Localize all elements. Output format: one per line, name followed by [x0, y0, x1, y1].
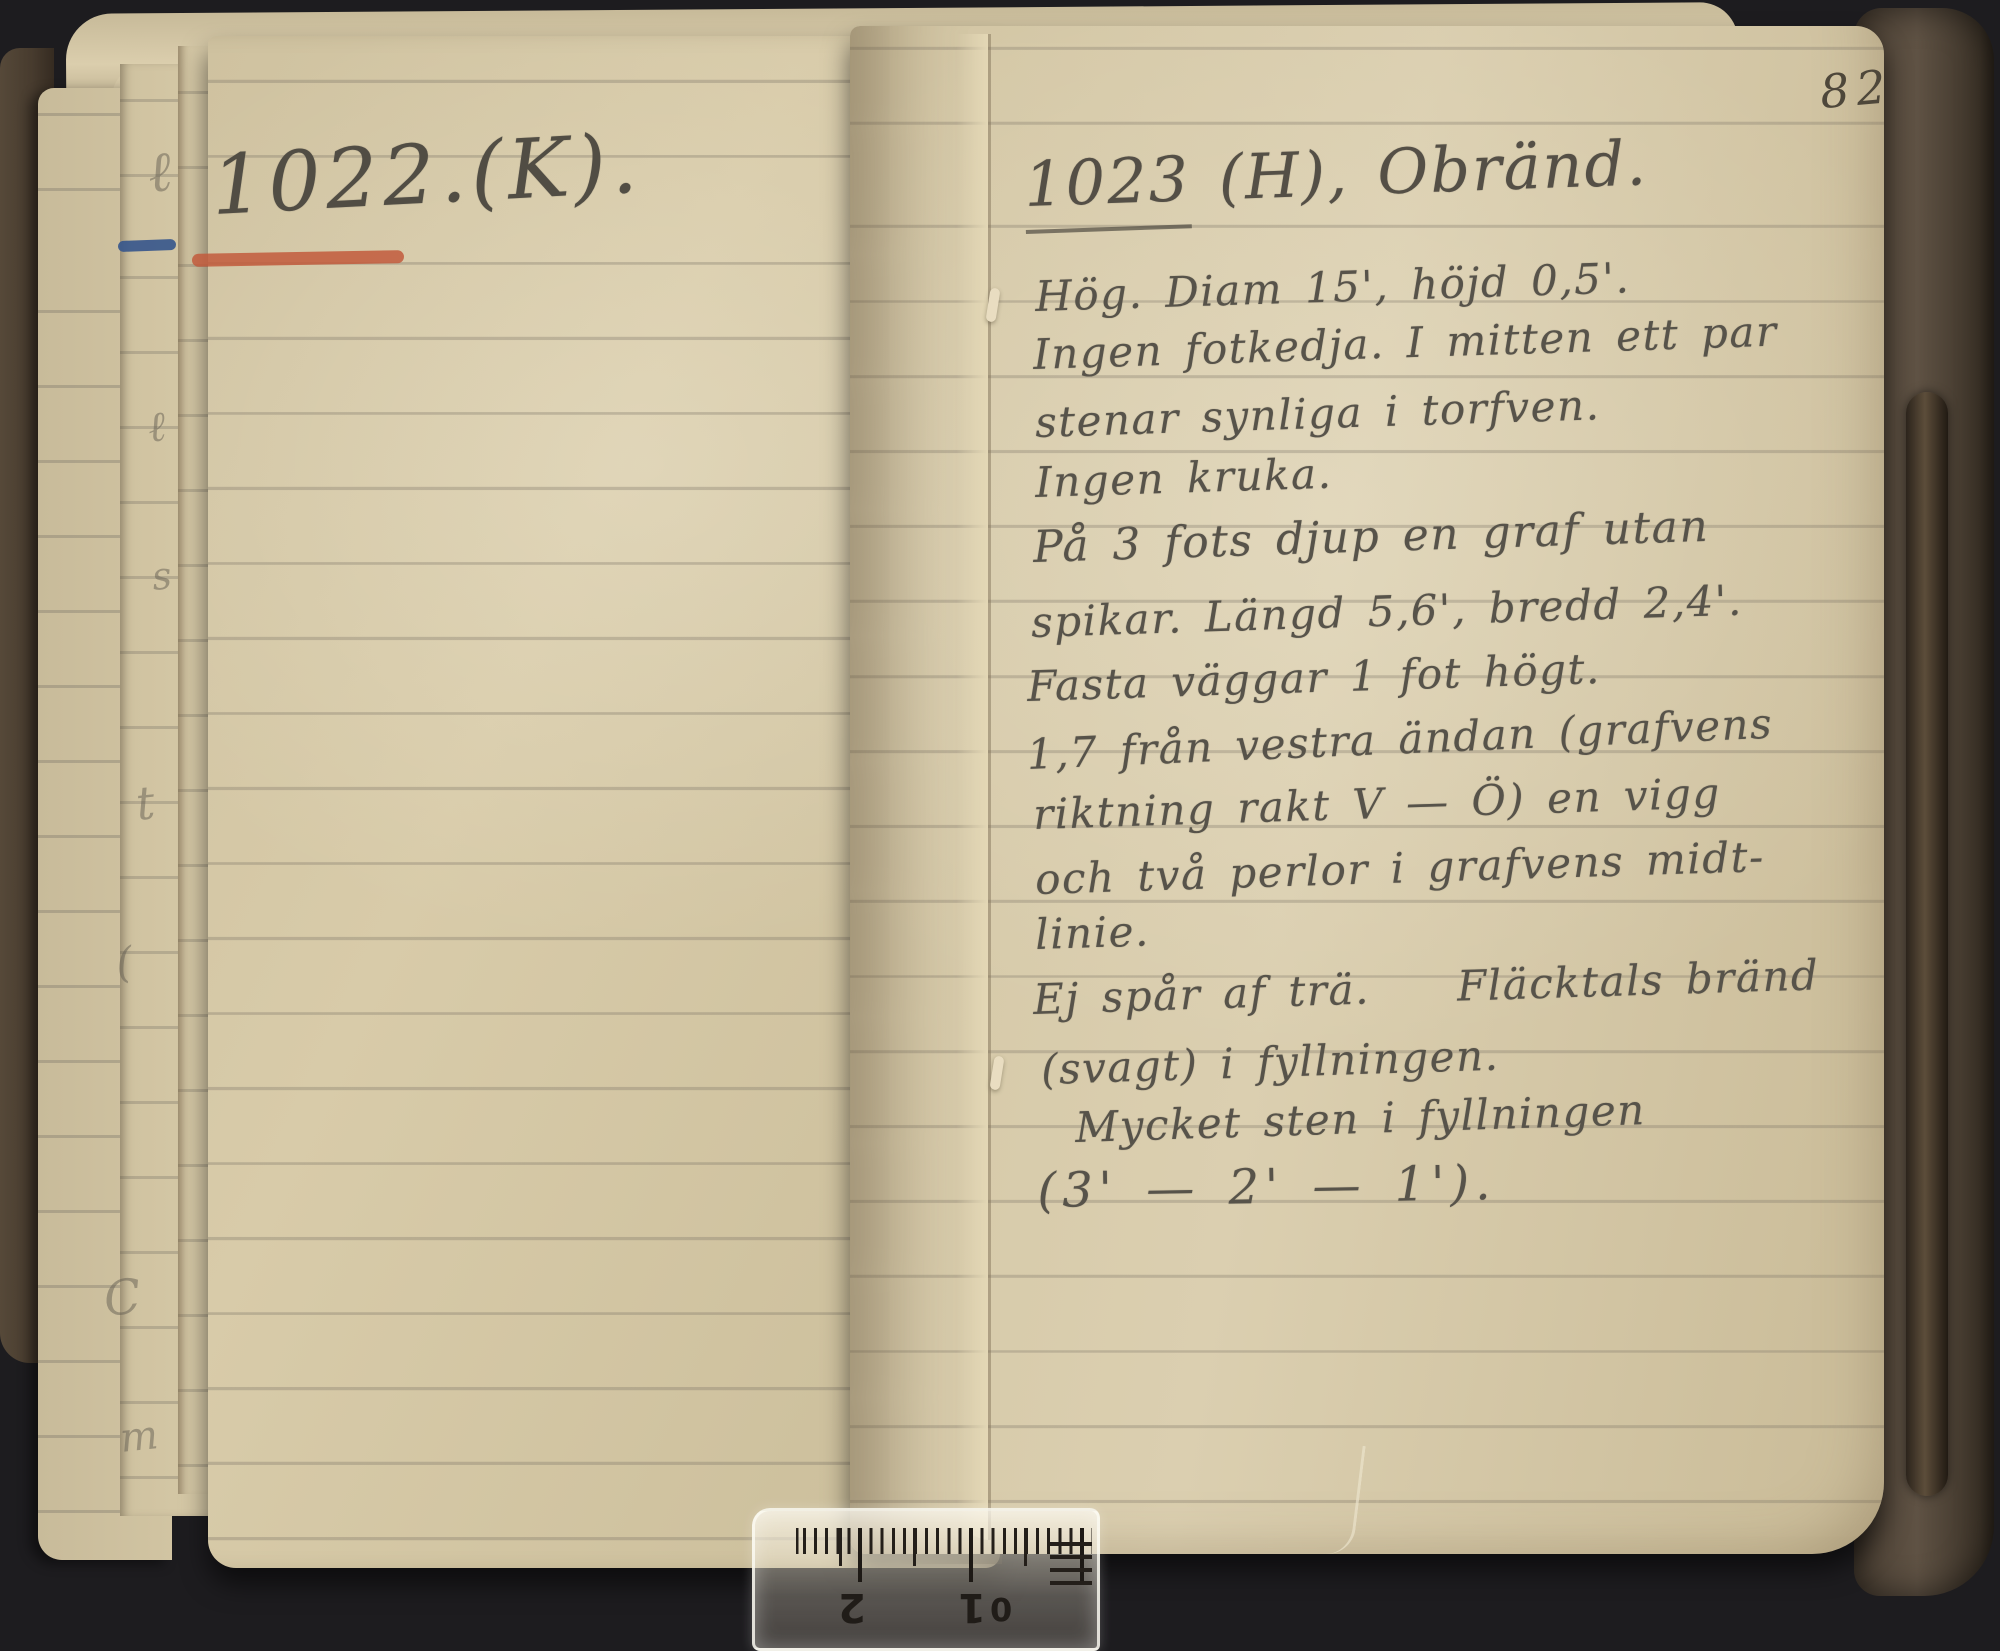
right-heading-suffix: (H), Obränd. [1189, 126, 1649, 215]
margin-fragment: m [118, 1412, 161, 1462]
ruler-number: 2 [838, 1584, 866, 1630]
left-heading-suffix: .(K). [437, 117, 644, 222]
gutter-crease [956, 34, 991, 1540]
handwritten-line: (3' — 2' — 1'). [1037, 1155, 1497, 1221]
notebook-photo: 1022.(K). ℓ ℓ s t ( C m 1023 (H), Obränd… [0, 0, 2000, 1651]
right-heading-number: 1023 [1023, 142, 1192, 234]
page-number: 82 [1818, 59, 1895, 119]
pen-holder-loop [1906, 392, 1948, 1496]
ruler-centimeter-ticks [796, 1528, 1092, 1582]
handwritten-line: Ingen kruka. [1034, 449, 1333, 509]
margin-fragment: C [101, 1268, 143, 1328]
ruler-number: 1 [958, 1584, 986, 1630]
ruler: 2 1 0 [752, 1508, 1100, 1651]
ruler-end-hatch [1050, 1542, 1092, 1588]
left-heading-number: 1022 [209, 126, 443, 236]
blue-pencil-mark [118, 239, 176, 252]
handwritten-line: linie. [1034, 906, 1150, 960]
ruler-number: 0 [990, 1590, 1012, 1628]
